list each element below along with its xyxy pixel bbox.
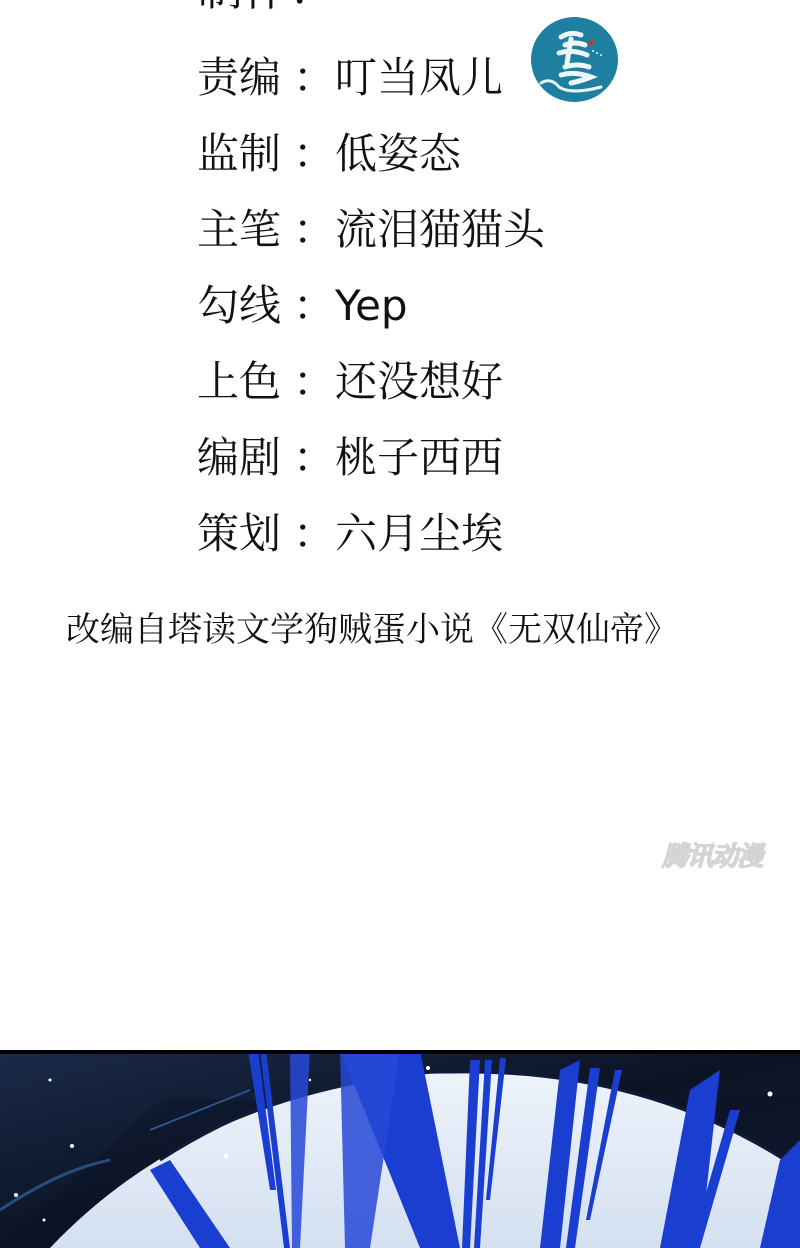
credit-row-editor: 责编 ： 叮当凤儿 <box>197 40 545 116</box>
credit-row-coloring: 上色 ： 还没想好 <box>197 344 545 420</box>
credit-colon: ： <box>293 280 335 332</box>
credit-name: 还没想好 <box>335 356 503 408</box>
adaptation-note: 改编自塔读文学狗贼蛋小说《无双仙帝》 <box>66 606 678 654</box>
comic-panel-artwork <box>0 1050 800 1248</box>
credit-role: 上色 <box>197 356 293 408</box>
credit-name: 低姿态 <box>335 128 461 180</box>
credit-colon: ： <box>293 128 335 180</box>
credit-name: 桃子西西 <box>335 432 503 484</box>
credit-colon: ： <box>293 52 335 104</box>
credit-colon: ： <box>293 356 335 408</box>
cropped-credit-row: 制作： <box>197 0 335 12</box>
credits-list: 责编 ： 叮当凤儿 监制 ： 低姿态 主笔 ： 流泪猫猫头 勾线 ： Yep 上… <box>197 40 545 572</box>
credit-name: Yep <box>335 280 408 332</box>
credit-name: 流泪猫猫头 <box>335 204 545 256</box>
credit-role: 勾线 <box>197 280 293 332</box>
credit-colon: ： <box>293 204 335 256</box>
credit-row-lead-artist: 主笔 ： 流泪猫猫头 <box>197 192 545 268</box>
credit-role: 主笔 <box>197 204 293 256</box>
lingyun-studio-logo-icon <box>531 17 618 102</box>
credit-row-planner: 策划 ： 六月尘埃 <box>197 496 545 572</box>
credit-row-producer: 监制 ： 低姿态 <box>197 116 545 192</box>
credit-role: 责编 <box>197 52 293 104</box>
credit-name: 六月尘埃 <box>335 508 503 560</box>
credit-role: 策划 <box>197 508 293 560</box>
credit-name: 叮当凤儿 <box>335 52 503 104</box>
credit-row-screenwriter: 编剧 ： 桃子西西 <box>197 420 545 496</box>
cropped-credit-text: 制作： <box>197 0 335 16</box>
credit-row-lineart: 勾线 ： Yep <box>197 268 545 344</box>
credit-role: 监制 <box>197 128 293 180</box>
tencent-comics-watermark: 腾讯动漫 <box>662 836 762 873</box>
credit-role: 编剧 <box>197 432 293 484</box>
credit-colon: ： <box>293 432 335 484</box>
credit-colon: ： <box>293 508 335 560</box>
